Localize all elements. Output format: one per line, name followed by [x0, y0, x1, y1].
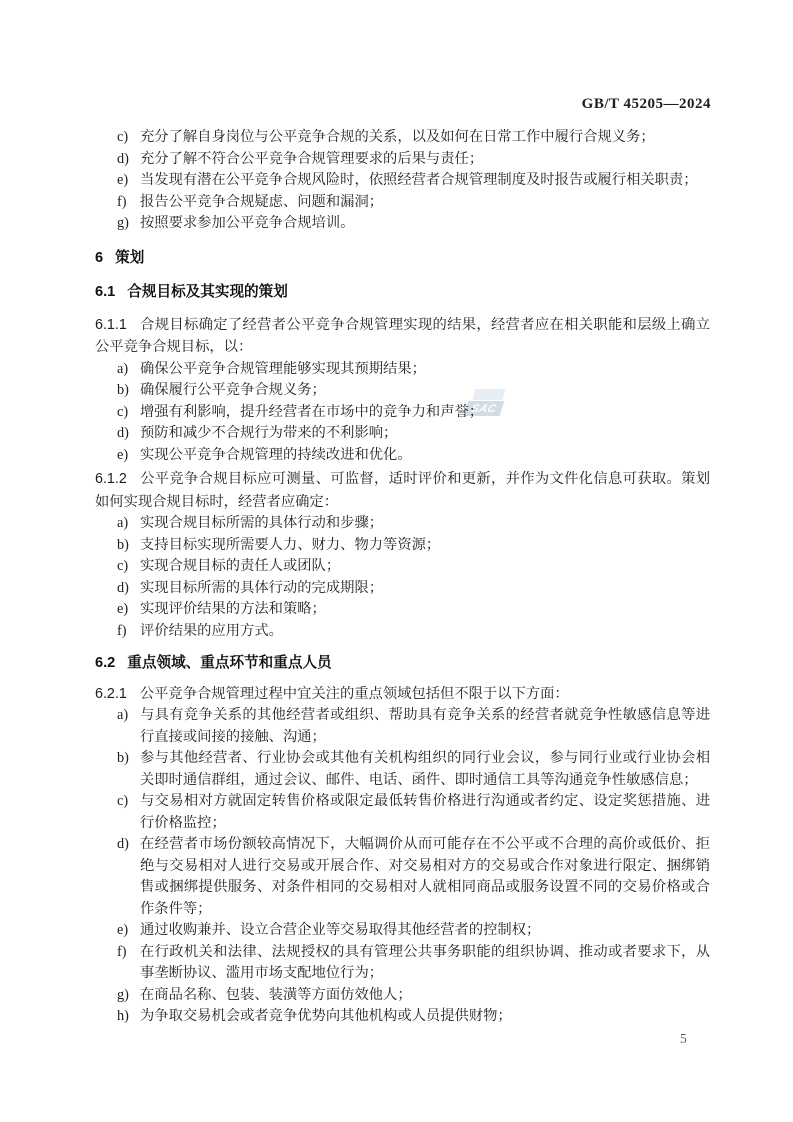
list-item: c) 与交易相对方就固定转售价格或限定最低转售价格进行沟通或者约定、设定奖惩措施…	[95, 791, 710, 834]
list-item-letter: f)	[117, 621, 127, 643]
list-item-letter: a)	[117, 513, 128, 535]
list-item: f) 在行政机关和法律、法规授权的具有管理公共事务职能的组织协调、推动或者要求下…	[95, 942, 710, 985]
list-item-text: 与交易相对方就固定转售价格或限定最低转售价格进行沟通或者约定、设定奖惩措施、进行…	[140, 793, 710, 831]
clause-text: 公平竞争合规目标应可测量、可监督，适时评价和更新，并作为文件化信息可获取。策划如…	[95, 471, 710, 510]
intro-list: c) 充分了解自身岗位与公平竞争合规的关系，以及如何在日常工作中履行合规义务； …	[95, 127, 710, 235]
clause-number: 6.1.1	[95, 317, 127, 333]
list-item-letter: c)	[117, 791, 128, 813]
section-6-heading: 6策划	[95, 247, 710, 270]
list-item: d) 实现目标所需的具体行动的完成期限；	[95, 578, 710, 600]
list-item: a) 确保公平竞争合规管理能够实现其预期结果；	[95, 359, 710, 381]
list-item: d) 在经营者市场份额较高情况下，大幅调价从而可能存在不公平或不合理的高价或低价…	[95, 834, 710, 920]
section-6-1-heading: 6.1合规目标及其实现的策划	[95, 281, 710, 304]
list-item-letter: e)	[117, 170, 128, 192]
list-item-text: 在行政机关和法律、法规授权的具有管理公共事务职能的组织协调、推动或者要求下，从事…	[140, 944, 710, 982]
list-item-text: 报告公平竞争合规疑虑、问题和漏洞；	[140, 194, 383, 210]
clause-6-1-1: 6.1.1合规目标确定了经营者公平竞争合规管理实现的结果，经营者应在相关职能和层…	[95, 314, 710, 359]
page-number: 5	[680, 1031, 687, 1047]
list-item: c) 增强有利影响，提升经营者在市场中的竞争力和声誉；	[95, 402, 710, 424]
list-item: c) 实现合规目标的责任人或团队；	[95, 556, 710, 578]
standard-code: GB/T 45205—2024	[582, 96, 711, 113]
list-item-letter: d)	[117, 149, 129, 171]
list-item-text: 实现合规目标的责任人或团队；	[140, 558, 340, 574]
list-item: e) 实现评价结果的方法和策略；	[95, 599, 710, 621]
list-item-letter: b)	[117, 380, 129, 402]
list-item-letter: e)	[117, 599, 128, 621]
list-item-text: 按照要求参加公平竞争合规培训。	[140, 215, 354, 231]
list-item-text: 充分了解不符合公平竞争合规管理要求的后果与责任；	[140, 151, 483, 167]
list-item: b) 确保履行公平竞争合规义务；	[95, 380, 710, 402]
clause-6-2-1-list: a) 与具有竞争关系的其他经营者或组织、帮助具有竞争关系的经营者就竞争性敏感信息…	[95, 705, 710, 1028]
section-number: 6	[95, 250, 103, 266]
list-item-text: 确保公平竞争合规管理能够实现其预期结果；	[140, 361, 426, 377]
list-item-letter: e)	[117, 920, 128, 942]
list-item-letter: b)	[117, 535, 129, 557]
list-item-letter: b)	[117, 748, 129, 770]
list-item-text: 实现公平竞争合规管理的持续改进和优化。	[140, 447, 412, 463]
clause-6-1-2-list: a) 实现合规目标所需的具体行动和步骤； b) 支持目标实现所需要人力、财力、物…	[95, 513, 710, 642]
list-item-letter: f)	[117, 942, 127, 964]
list-item-text: 当发现有潜在公平竞争合规风险时，依照经营者合规管理制度及时报告或履行相关职责；	[140, 172, 698, 188]
list-item-text: 增强有利影响，提升经营者在市场中的竞争力和声誉；	[140, 404, 483, 420]
list-item-text: 确保履行公平竞争合规义务；	[140, 382, 326, 398]
list-item-letter: a)	[117, 359, 128, 381]
document-page: GB/T 45205—2024 SAC c) 充分了解自身岗位与公平竞争合规的关…	[0, 0, 793, 1122]
section-title: 合规目标及其实现的策划	[127, 284, 288, 300]
clause-number: 6.2.1	[95, 686, 127, 702]
list-item-text: 评价结果的应用方式。	[140, 623, 283, 639]
list-item-letter: c)	[117, 402, 128, 424]
list-item-letter: c)	[117, 127, 128, 149]
list-item: d) 预防和减少不合规行为带来的不利影响；	[95, 423, 710, 445]
section-6-2-heading: 6.2重点领域、重点环节和重点人员	[95, 652, 710, 675]
list-item-letter: d)	[117, 834, 129, 856]
list-item: a) 实现合规目标所需的具体行动和步骤；	[95, 513, 710, 535]
clause-number: 6.1.2	[95, 471, 127, 487]
list-item-text: 支持目标实现所需要人力、财力、物力等资源；	[140, 537, 440, 553]
list-item-letter: e)	[117, 445, 128, 467]
list-item-text: 参与其他经营者、行业协会或其他有关机构组织的同行业会议，参与同行业或行业协会相关…	[140, 750, 710, 788]
section-number: 6.2	[95, 655, 115, 671]
list-item-text: 通过收购兼并、设立合营企业等交易取得其他经营者的控制权；	[140, 922, 540, 938]
list-item-letter: d)	[117, 423, 129, 445]
section-title: 重点领域、重点环节和重点人员	[127, 655, 331, 671]
clause-6-2-1: 6.2.1公平竞争合规管理过程中宜关注的重点领域包括但不限于以下方面：	[95, 683, 710, 706]
clause-6-1-2: 6.1.2公平竞争合规目标应可测量、可监督，适时评价和更新，并作为文件化信息可获…	[95, 468, 710, 513]
list-item-text: 实现目标所需的具体行动的完成期限；	[140, 580, 383, 596]
section-title: 策划	[115, 250, 144, 266]
page-body: c) 充分了解自身岗位与公平竞争合规的关系，以及如何在日常工作中履行合规义务； …	[95, 127, 710, 1028]
list-item: e) 通过收购兼并、设立合营企业等交易取得其他经营者的控制权；	[95, 920, 710, 942]
section-number: 6.1	[95, 284, 115, 300]
list-item-text: 预防和减少不合规行为带来的不利影响；	[140, 425, 397, 441]
list-item: d) 充分了解不符合公平竞争合规管理要求的后果与责任；	[95, 149, 710, 171]
list-item: b) 支持目标实现所需要人力、财力、物力等资源；	[95, 535, 710, 557]
list-item: e) 实现公平竞争合规管理的持续改进和优化。	[95, 445, 710, 467]
list-item-letter: d)	[117, 578, 129, 600]
list-item-text: 在商品名称、包装、装潢等方面仿效他人；	[140, 987, 412, 1003]
list-item-letter: g)	[117, 985, 129, 1007]
list-item-letter: c)	[117, 556, 128, 578]
list-item: g) 在商品名称、包装、装潢等方面仿效他人；	[95, 985, 710, 1007]
clause-text: 合规目标确定了经营者公平竞争合规管理实现的结果，经营者应在相关职能和层级上确立公…	[95, 317, 710, 356]
list-item: a) 与具有竞争关系的其他经营者或组织、帮助具有竞争关系的经营者就竞争性敏感信息…	[95, 705, 710, 748]
list-item-text: 在经营者市场份额较高情况下，大幅调价从而可能存在不公平或不合理的高价或低价、拒绝…	[140, 836, 710, 917]
list-item-text: 充分了解自身岗位与公平竞争合规的关系，以及如何在日常工作中履行合规义务；	[140, 129, 655, 145]
clause-6-1-1-list: a) 确保公平竞争合规管理能够实现其预期结果； b) 确保履行公平竞争合规义务；…	[95, 359, 710, 467]
list-item-text: 实现合规目标所需的具体行动和步骤；	[140, 515, 383, 531]
list-item: f) 评价结果的应用方式。	[95, 621, 710, 643]
list-item: g) 按照要求参加公平竞争合规培训。	[95, 213, 710, 235]
list-item-text: 与具有竞争关系的其他经营者或组织、帮助具有竞争关系的经营者就竞争性敏感信息等进行…	[140, 707, 710, 745]
list-item: f) 报告公平竞争合规疑虑、问题和漏洞；	[95, 192, 710, 214]
list-item: e) 当发现有潜在公平竞争合规风险时，依照经营者合规管理制度及时报告或履行相关职…	[95, 170, 710, 192]
list-item-letter: f)	[117, 192, 127, 214]
list-item: h) 为争取交易机会或者竞争优势向其他机构或人员提供财物；	[95, 1006, 710, 1028]
list-item-letter: g)	[117, 213, 129, 235]
list-item: c) 充分了解自身岗位与公平竞争合规的关系，以及如何在日常工作中履行合规义务；	[95, 127, 710, 149]
clause-text: 公平竞争合规管理过程中宜关注的重点领域包括但不限于以下方面：	[140, 686, 569, 702]
list-item-text: 为争取交易机会或者竞争优势向其他机构或人员提供财物；	[140, 1008, 512, 1024]
list-item-letter: a)	[117, 705, 128, 727]
list-item-letter: h)	[117, 1006, 129, 1028]
list-item: b) 参与其他经营者、行业协会或其他有关机构组织的同行业会议，参与同行业或行业协…	[95, 748, 710, 791]
list-item-text: 实现评价结果的方法和策略；	[140, 601, 326, 617]
